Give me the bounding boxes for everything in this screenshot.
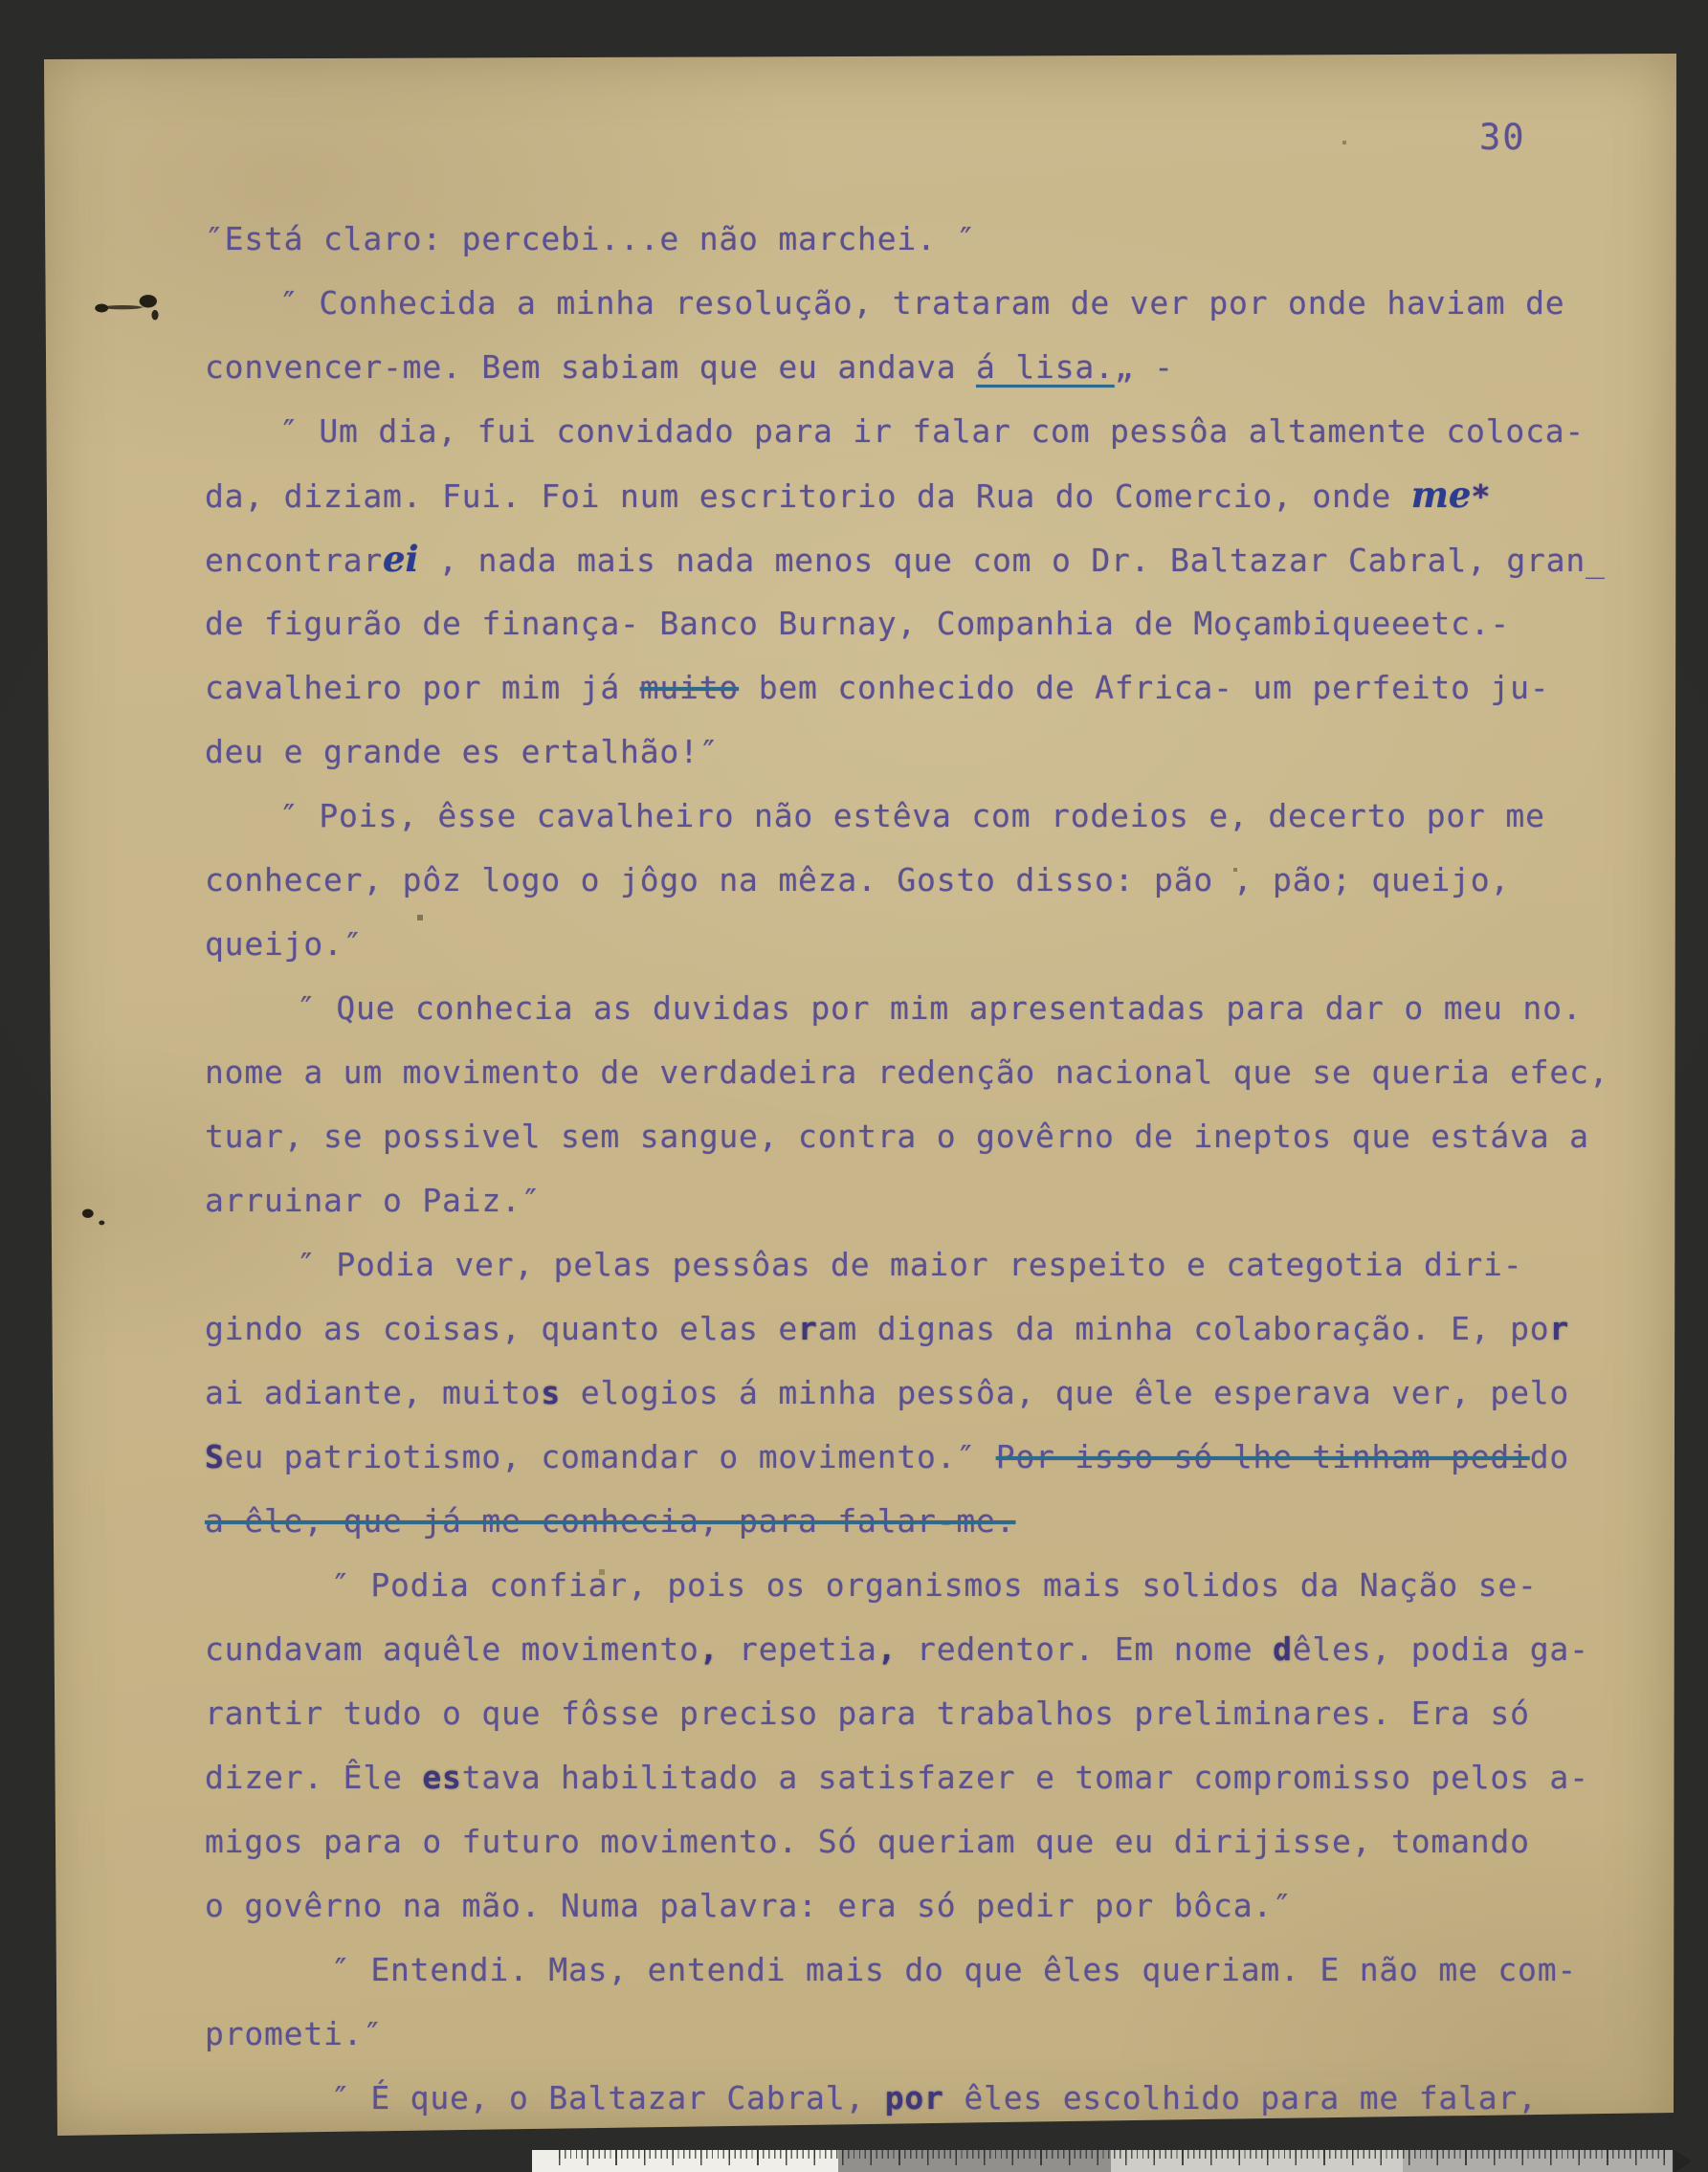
typed-text: encontrar [205,542,383,579]
typed-text: elogios á minha pessôa, que êle esperava… [561,1374,1569,1411]
typed-line: dizer. Êle estava habilitado a satisfaze… [205,1745,1669,1809]
typed-text: conhecer, pôz logo o jôgo na mêza. Gosto… [205,861,1510,898]
typed-text: * [1471,477,1491,515]
typed-text: a êle, que já me conhecia, para falar-me… [205,1502,1015,1540]
typed-text: do [1530,1438,1569,1475]
typed-line: ″Está claro: percebi...e não marchei. ″ [205,207,1669,271]
typed-text: convencer-me. Bem sabiam que eu andava [205,348,976,386]
typed-line: o govêrno na mão. Numa palavra: era só p… [205,1873,1669,1938]
typed-line: deu e grande es ertalhão!″ [205,720,1669,784]
typed-text: „ - [1115,348,1174,386]
typed-text: rantir tudo o que fôsse preciso para tra… [205,1695,1530,1732]
typed-line: de figurão de finança- Banco Burnay, Com… [205,591,1669,655]
typed-line: ″ Entendi. Mas, entendi mais do que êles… [205,1938,1669,2002]
page-number: 30 [1479,117,1526,158]
ink-blemish [86,285,172,323]
typed-line: encontrarei , nada mais nada menos que c… [205,527,1669,591]
typed-line: nome a um movimento de verdadeira redenç… [205,1040,1669,1104]
typed-line: rantir tudo o que fôsse preciso para tra… [205,1681,1669,1745]
typed-line: migos para o futuro movimento. Só queria… [205,1809,1669,1873]
typed-text: S [205,1438,225,1475]
handwritten-correction: ei [383,538,419,580]
photo-background: 30 ″Está claro: percebi...e não marchei.… [0,0,1708,2172]
typed-text: ″ Pois, êsse cavalheiro não estêva com r… [279,797,1545,834]
typed-text: redentor. Em nome [897,1630,1273,1668]
typed-line: convencer-me. Bem sabiam que eu andava á… [205,335,1669,399]
typed-text: dizer. Êle [205,1759,422,1796]
typed-text: am dignas da minha colaboração. E, po [818,1310,1550,1347]
typed-text-block: ″Está claro: percebi...e não marchei. ″″… [205,207,1669,2130]
handwritten-correction: me [1411,474,1472,516]
typed-text: r [1549,1310,1569,1347]
ruler-segment [1403,2150,1673,2172]
typed-line: ″ Podia ver, pelas pessôas de maior resp… [205,1232,1669,1297]
ruler-segment [532,2150,838,2172]
typed-line: da, diziam. Fui. Foi num escritorio da R… [205,463,1669,527]
typed-text: ″ Um dia, fui convidado para ir falar co… [279,412,1585,450]
ink-blemish [69,1198,111,1232]
typed-line: ″ É que, o Baltazar Cabral, por êles esc… [205,2066,1669,2130]
typed-text: ″ Podia ver, pelas pessôas de maior resp… [297,1246,1522,1283]
typed-text: , [699,1630,720,1668]
typed-line: a êle, que já me conhecia, para falar-me… [205,1489,1669,1553]
typed-text: ″ Conhecida a minha resolução, trataram … [279,284,1564,321]
typed-text: Por isso só lhe tinham pedi [996,1438,1530,1475]
typed-line: arruinar o Paiz.″ [205,1168,1669,1232]
typed-text: ″ Que conhecia as duvidas por mim aprese… [297,989,1582,1027]
typed-text: nome a um movimento de verdadeira redenç… [205,1053,1608,1091]
typed-text: deu e grande es ertalhão!″ [205,733,719,770]
typed-text: ″Está claro: percebi...e não marchei. ″ [205,220,976,257]
typed-line: tuar, se possivel sem sangue, contra o g… [205,1104,1669,1168]
typed-text: gindo as coisas, quanto elas e [205,1310,798,1347]
typed-text: ″ É que, o Baltazar Cabral, [331,2079,885,2117]
color-calibration-ruler [532,2150,1688,2172]
typed-text: arruinar o Paiz.″ [205,1182,541,1219]
typed-text: eu patriotismo, comandar o movimento.″ [225,1438,996,1475]
typed-line: ″ Conhecida a minha resolução, trataram … [205,271,1669,335]
typed-line: cavalheiro por mim já muito bem conhecid… [205,655,1669,720]
typed-text: migos para o futuro movimento. Só queria… [205,1823,1530,1860]
typed-text: ai adiante, muito [205,1374,541,1411]
typed-text: d [1273,1630,1293,1668]
typed-text: tuar, se possivel sem sangue, contra o g… [205,1118,1589,1155]
typed-line: gindo as coisas, quanto elas eram dignas… [205,1297,1669,1361]
typed-line: queijo.″ [205,912,1669,976]
typed-text: r [798,1310,818,1347]
typed-line: conhecer, pôz logo o jôgo na mêza. Gosto… [205,848,1669,912]
typed-text: tava habilitado a satisfazer e tomar com… [462,1759,1589,1796]
typed-line: Seu patriotismo, comandar o movimento.″ … [205,1425,1669,1489]
typed-line: ″ Podia confiar, pois os organismos mais… [205,1553,1669,1617]
ruler-segment [1111,2150,1403,2172]
typed-text: s [541,1374,561,1411]
typed-text: ″ Entendi. Mas, entendi mais do que êles… [331,1951,1577,1988]
manuscript-page: 30 ″Está claro: percebi...e não marchei.… [40,54,1678,2136]
typed-line: ″ Que conhecia as duvidas por mim aprese… [205,976,1669,1040]
typed-line: ″ Um dia, fui convidado para ir falar co… [205,399,1669,463]
typed-text: da, diziam. Fui. Foi num escritorio da R… [205,477,1411,515]
typed-text: , [877,1630,898,1668]
typed-text: ″ Podia confiar, pois os organismos mais… [331,1566,1538,1604]
typed-line: prometi.″ [205,2002,1669,2066]
typed-text: êles, podia ga- [1293,1630,1589,1668]
typed-text: , nada mais nada menos que com o Dr. Bal… [419,542,1606,579]
typed-line: ″ Pois, êsse cavalheiro não estêva com r… [205,784,1669,848]
typed-text: o govêrno na mão. Numa palavra: era só p… [205,1887,1293,1924]
typed-text: por [885,2079,944,2117]
typed-text: de figurão de finança- Banco Burnay, Com… [205,605,1510,642]
typed-text: á lisa. [976,348,1115,386]
typed-text: bem conhecido de Africa- um perfeito ju- [739,669,1549,706]
typed-text: queijo.″ [205,925,363,963]
paper-specks [40,54,42,55]
typed-text: prometi.″ [205,2015,383,2052]
typed-text: repetia [719,1630,876,1668]
typed-text: êles escolhido para me falar, [944,2079,1538,2117]
typed-line: ai adiante, muitos elogios á minha pessô… [205,1361,1669,1425]
typed-text: cavalheiro por mim já [205,669,640,706]
typed-text: es [422,1759,461,1796]
ruler-end-point [1675,2150,1692,2172]
typed-line: cundavam aquêle movimento, repetia, rede… [205,1617,1669,1681]
typed-text: cundavam aquêle movimento [205,1630,699,1668]
ruler-segment [838,2150,1111,2172]
typed-text: muito [640,669,739,706]
